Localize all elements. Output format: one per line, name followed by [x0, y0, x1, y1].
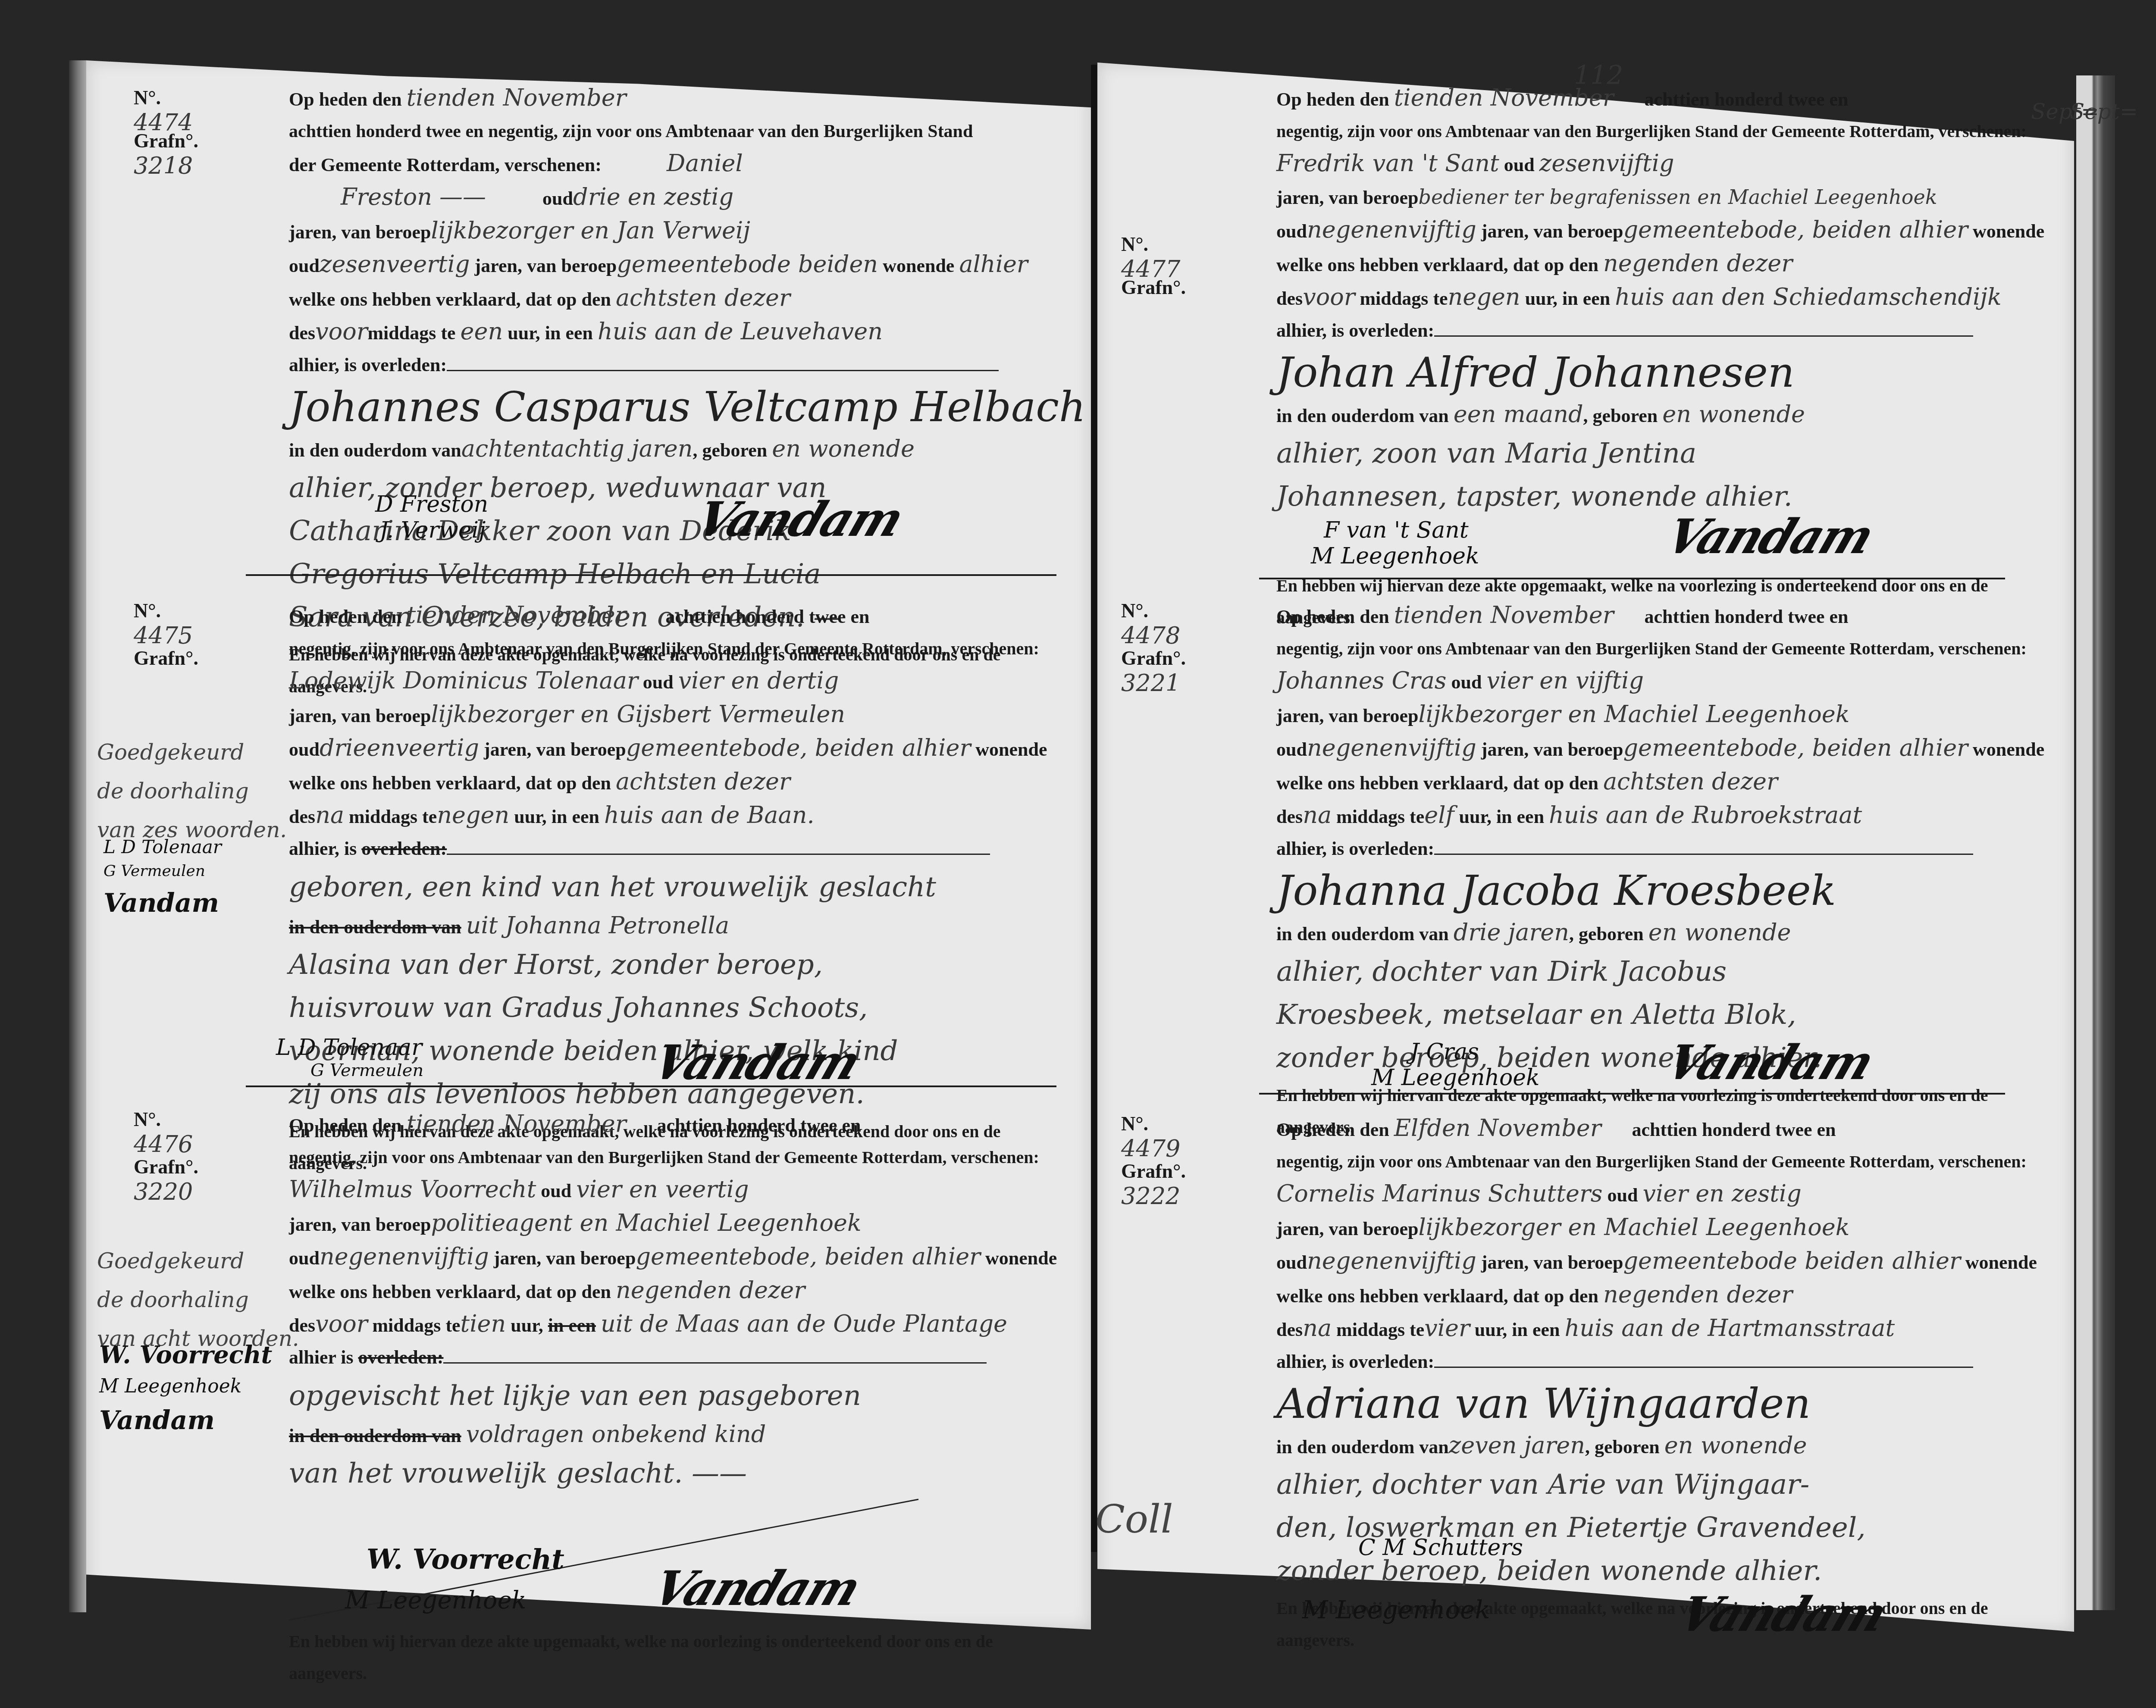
record-number: N°. 4477: [1121, 233, 1180, 283]
entry-separator: [1259, 1093, 2005, 1095]
official-signature: Vandam: [1672, 1586, 1893, 1642]
entry-separator: [1259, 578, 2005, 579]
corner-mark: Sept=: [2070, 99, 2138, 124]
record-number: N°. 4475: [134, 599, 193, 649]
record-date: tienden November: [407, 84, 627, 111]
witness-signature: C M Schutters: [1358, 1535, 1523, 1561]
margin-approval-note: Goedgekeurdde doorhalingvan zes woorden.: [97, 733, 287, 849]
grave-number: Grafn°. 3221: [1121, 647, 1186, 697]
informant-surname: Freston ——: [341, 183, 486, 210]
witness-signature: L D Tolenaar: [276, 1035, 422, 1060]
witness-signature: M Leegenhoek: [345, 1586, 526, 1614]
margin-signature: M Leegenhoek: [99, 1375, 241, 1397]
deceased-name: Adriana van Wijngaarden: [1276, 1378, 2053, 1430]
informant-first-name: Daniel: [667, 150, 743, 177]
witness-signature: D Freston: [375, 491, 488, 517]
official-signature: Vandam: [646, 1035, 867, 1090]
record-number: N°. 4478: [1121, 599, 1180, 649]
witness-signature: G Vermeulen: [310, 1060, 423, 1080]
witness-signature: M Leegenhoek: [1311, 543, 1479, 569]
deceased-name: Johannes Casparus Veltcamp Helbach: [289, 381, 1082, 433]
printed-text: Op heden den: [289, 89, 402, 110]
record-number: N°. 4474: [134, 86, 193, 136]
deceased-name: Johanna Jacoba Kroesbeek: [1276, 865, 2053, 917]
official-signature: Vandam: [1659, 1035, 1880, 1090]
grave-number: Grafn°. 3220: [134, 1155, 198, 1205]
margin-signature: Vandam: [103, 888, 219, 918]
record-number: N°. 4476: [134, 1108, 193, 1158]
witness-signature: J. Verweij: [379, 517, 486, 543]
entry-separator: [246, 574, 1056, 576]
margin-collated-mark: Coll: [1095, 1500, 1173, 1539]
deceased-name: Johan Alfred Johannesen: [1276, 347, 2053, 398]
grave-number: Grafn°.: [134, 647, 198, 669]
record-number: N°. 4479: [1121, 1112, 1180, 1162]
margin-signature: W. Voorrecht: [99, 1341, 273, 1369]
grave-number: Grafn°.: [1121, 276, 1186, 299]
page-edges: [2076, 75, 2115, 1610]
grave-number: Grafn°. 3218: [134, 129, 198, 179]
witness-signature: M Leegenhoek: [1371, 1065, 1539, 1091]
margin-signature: G Vermeulen: [103, 862, 205, 880]
witness-signature: M Leegenhoek: [1302, 1595, 1490, 1624]
margin-signature: Vandam: [99, 1405, 215, 1436]
official-signature: Vandam: [1659, 509, 1880, 564]
official-signature: Vandam: [646, 1561, 867, 1616]
witness-signature: W. Voorrecht: [367, 1543, 564, 1576]
witness-signature: J Cras: [1410, 1039, 1479, 1065]
book-left-edge: [69, 60, 86, 1612]
official-signature: Vandam: [689, 491, 910, 547]
margin-signature: L D Tolenaar: [103, 836, 222, 857]
book-gutter: [1091, 65, 1097, 1552]
grave-number: Grafn°. 3222: [1121, 1160, 1186, 1210]
entry-separator: [246, 1085, 1056, 1087]
witness-signature: F van 't Sant: [1324, 517, 1469, 543]
